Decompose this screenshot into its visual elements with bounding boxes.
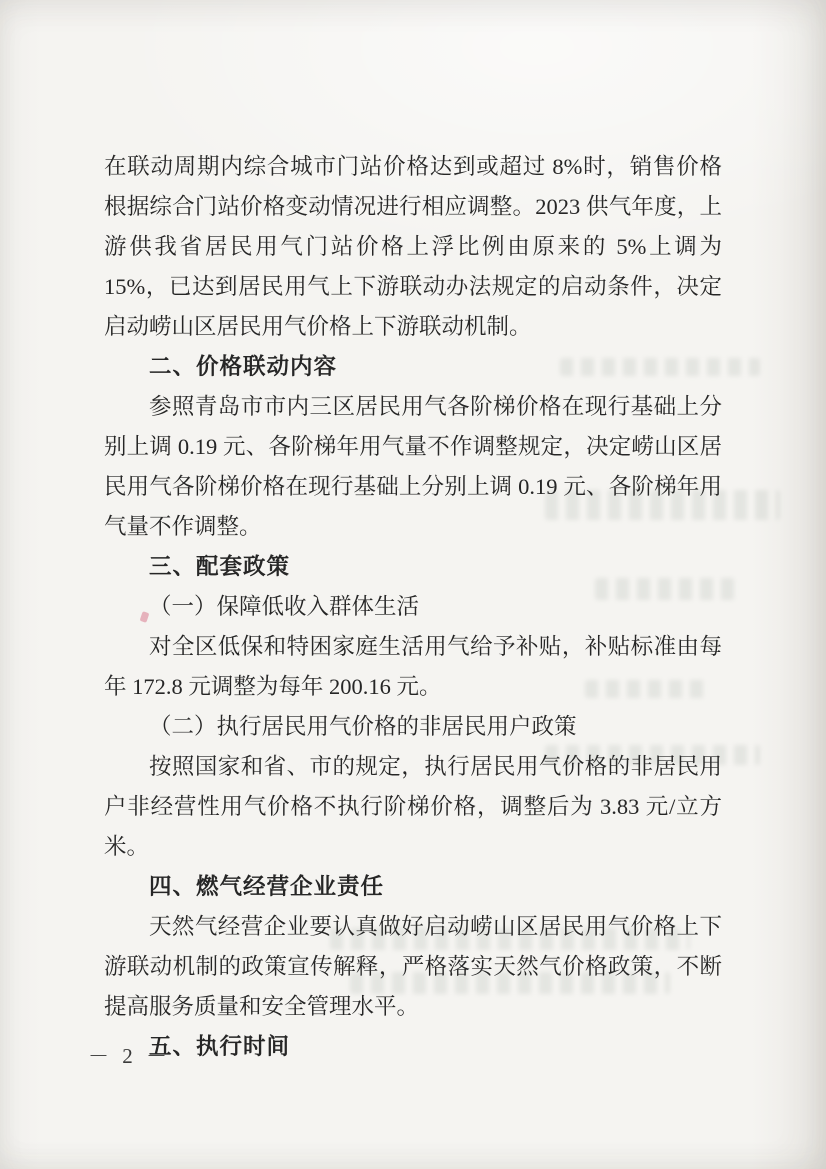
page-number: － 2 －	[88, 1040, 171, 1070]
body-paragraph: 按照国家和省、市的规定，执行居民用气价格的非居民用户非经营性用气价格不执行阶梯价…	[104, 747, 722, 867]
body-paragraph: 天然气经营企业要认真做好启动崂山区居民用气价格上下游联动机制的政策宣传解释，严格…	[104, 907, 722, 1027]
subsection-heading: （二）执行居民用气价格的非居民用户政策	[104, 707, 722, 747]
section-heading: 五、执行时间	[104, 1027, 722, 1067]
subsection-heading: （一）保障低收入群体生活	[104, 587, 722, 627]
section-heading: 三、配套政策	[104, 547, 722, 587]
document-body: 在联动周期内综合城市门站价格达到或超过 8%时，销售价格根据综合门站价格变动情况…	[104, 147, 722, 1067]
body-paragraph: 对全区低保和特困家庭生活用气给予补贴，补贴标准由每年 172.8 元调整为每年 …	[104, 627, 722, 707]
section-heading: 四、燃气经营企业责任	[104, 867, 722, 907]
section-heading: 二、价格联动内容	[104, 347, 722, 387]
body-paragraph: 在联动周期内综合城市门站价格达到或超过 8%时，销售价格根据综合门站价格变动情况…	[104, 147, 722, 347]
document-page: 在联动周期内综合城市门站价格达到或超过 8%时，销售价格根据综合门站价格变动情况…	[0, 0, 826, 1169]
body-paragraph: 参照青岛市市内三区居民用气各阶梯价格在现行基础上分别上调 0.19 元、各阶梯年…	[104, 387, 722, 547]
